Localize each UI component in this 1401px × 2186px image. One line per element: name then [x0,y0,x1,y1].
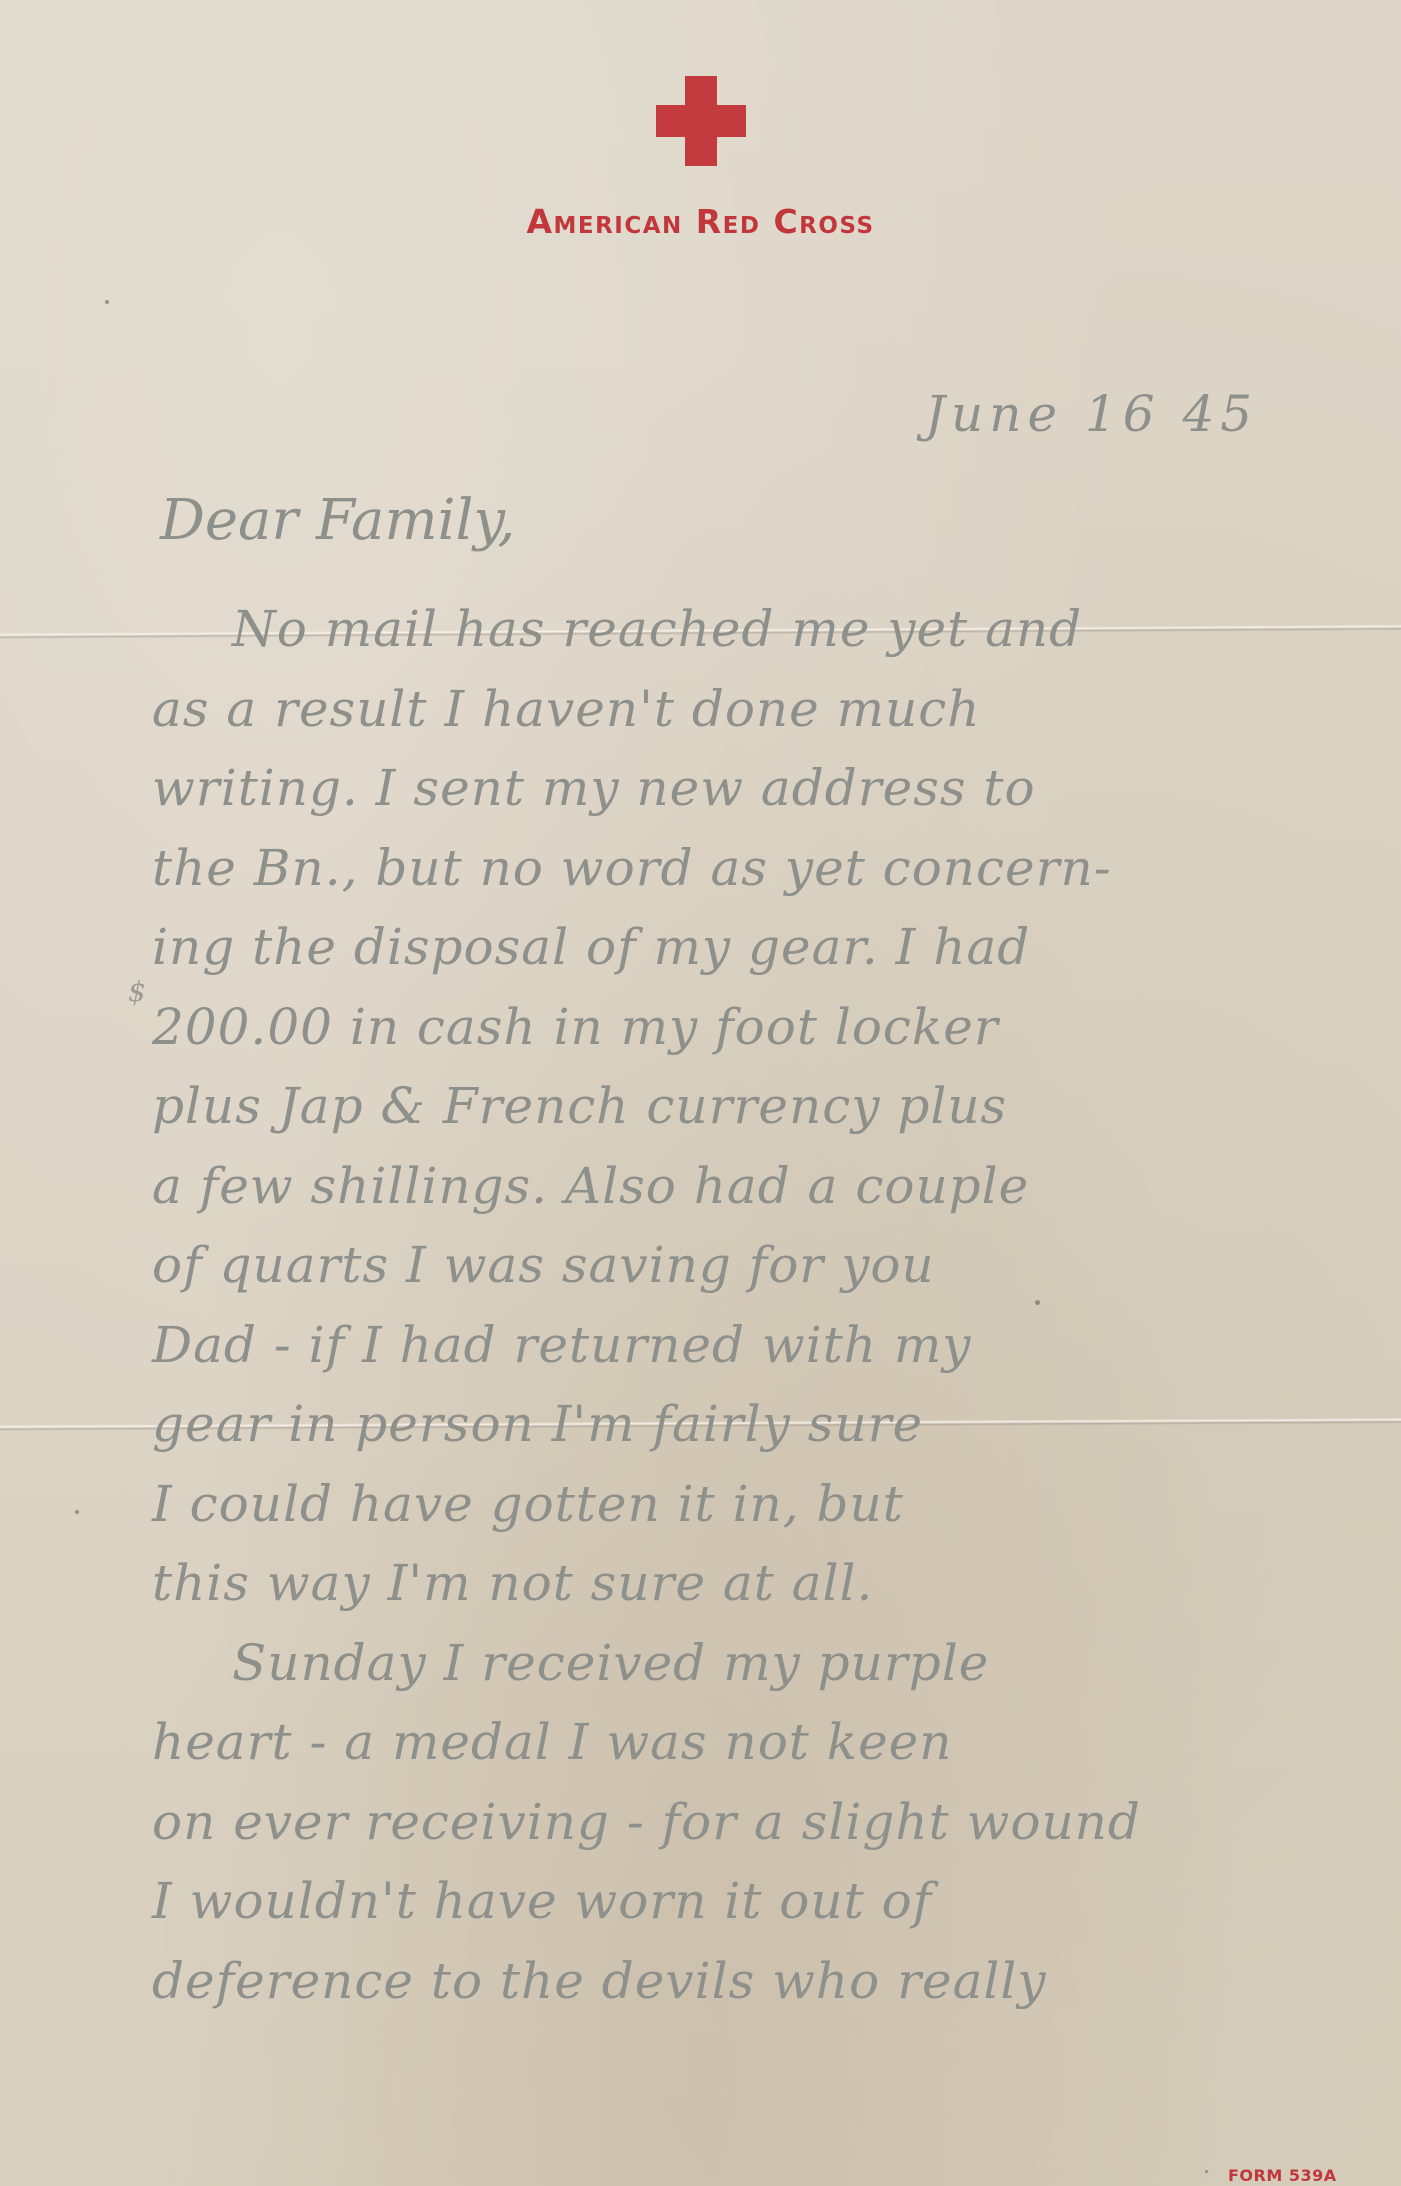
body-line: plus Jap & French currency plus [152,1067,1372,1147]
body-line: writing. I sent my new address to [152,749,1372,829]
body-line: Sunday I received my purple [152,1624,1372,1704]
margin-note: $ [128,975,146,1008]
body-line: 200.00 in cash in my foot locker [152,988,1372,1068]
salutation: Dear Family, [160,488,515,553]
body-line: I could have gotten it in, but [152,1465,1372,1545]
paper-speck [105,300,109,304]
body-line: this way I'm not sure at all. [152,1544,1372,1624]
letter-date: June 16 45 [925,385,1258,443]
body-line: on ever receiving - for a slight wound [152,1783,1372,1863]
body-line: of quarts I was saving for you [152,1226,1372,1306]
letterhead: American Red Cross [0,76,1401,241]
body-line: gear in person I'm fairly sure [152,1385,1372,1465]
red-cross-icon [656,76,746,166]
organization-name: American Red Cross [0,202,1401,241]
body-line: I wouldn't have worn it out of [152,1862,1372,1942]
paper-speck [75,1510,79,1514]
body-line: No mail has reached me yet and [152,590,1372,670]
paper-speck [1205,2170,1208,2173]
letter-body: No mail has reached me yet and as a resu… [152,590,1372,2021]
body-line: deference to the devils who really [152,1942,1372,2022]
body-line: heart - a medal I was not keen [152,1703,1372,1783]
paper-speck [1035,1300,1040,1305]
body-line: ing the disposal of my gear. I had [152,908,1372,988]
letter-page: American Red Cross June 16 45 Dear Famil… [0,0,1401,2186]
body-line: as a result I haven't done much [152,670,1372,750]
body-line: Dad - if I had returned with my [152,1306,1372,1386]
body-line: the Bn., but no word as yet concern- [152,829,1372,909]
form-number: FORM 539A [1228,2166,1337,2185]
body-line: a few shillings. Also had a couple [152,1147,1372,1227]
